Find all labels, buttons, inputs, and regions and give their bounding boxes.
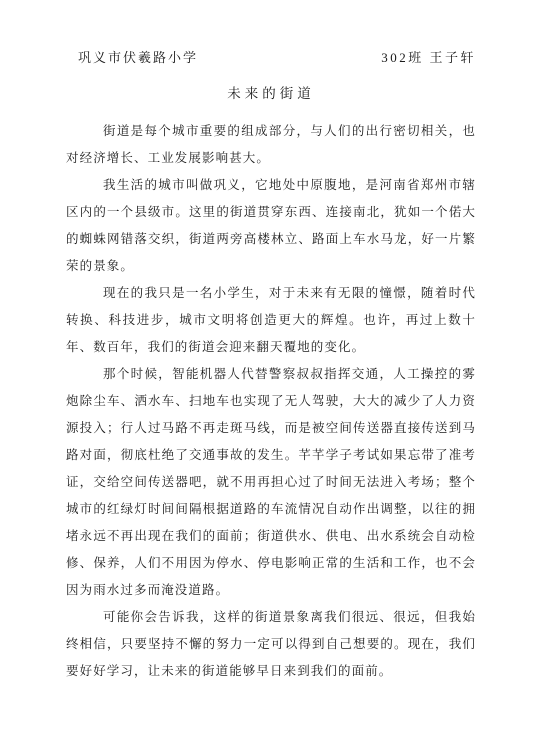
essay-paragraph: 我生活的城市叫做巩义，它地处中原腹地，是河南省郑州市辖区内的一个县级市。这里的街… [66, 172, 476, 280]
document-header: 巩义市伏羲路小学 302班 王子轩 [78, 48, 476, 68]
essay-title: 未来的街道 [66, 84, 476, 104]
essay-body: 街道是每个城市重要的组成部分，与人们的出行密切相关，也对经济增长、工业发展影响甚… [66, 118, 476, 685]
essay-paragraph: 现在的我只是一名小学生，对于未来有无限的憧憬，随着时代转换、科技进步，城市文明将… [66, 280, 476, 361]
school-name: 巩义市伏羲路小学 [78, 48, 198, 68]
class-and-author: 302班 王子轩 [381, 48, 476, 68]
document-page: 巩义市伏羲路小学 302班 王子轩 未来的街道 街道是每个城市重要的组成部分，与… [0, 0, 540, 753]
essay-paragraph: 街道是每个城市重要的组成部分，与人们的出行密切相关，也对经济增长、工业发展影响甚… [66, 118, 476, 172]
essay-paragraph: 那个时候，智能机器人代替警察叔叔指挥交通，人工操控的雾炮除尘车、洒水车、扫地车也… [66, 361, 476, 604]
essay-paragraph: 可能你会告诉我，这样的街道景象离我们很远、很远，但我始终相信，只要坚持不懈的努力… [66, 604, 476, 685]
